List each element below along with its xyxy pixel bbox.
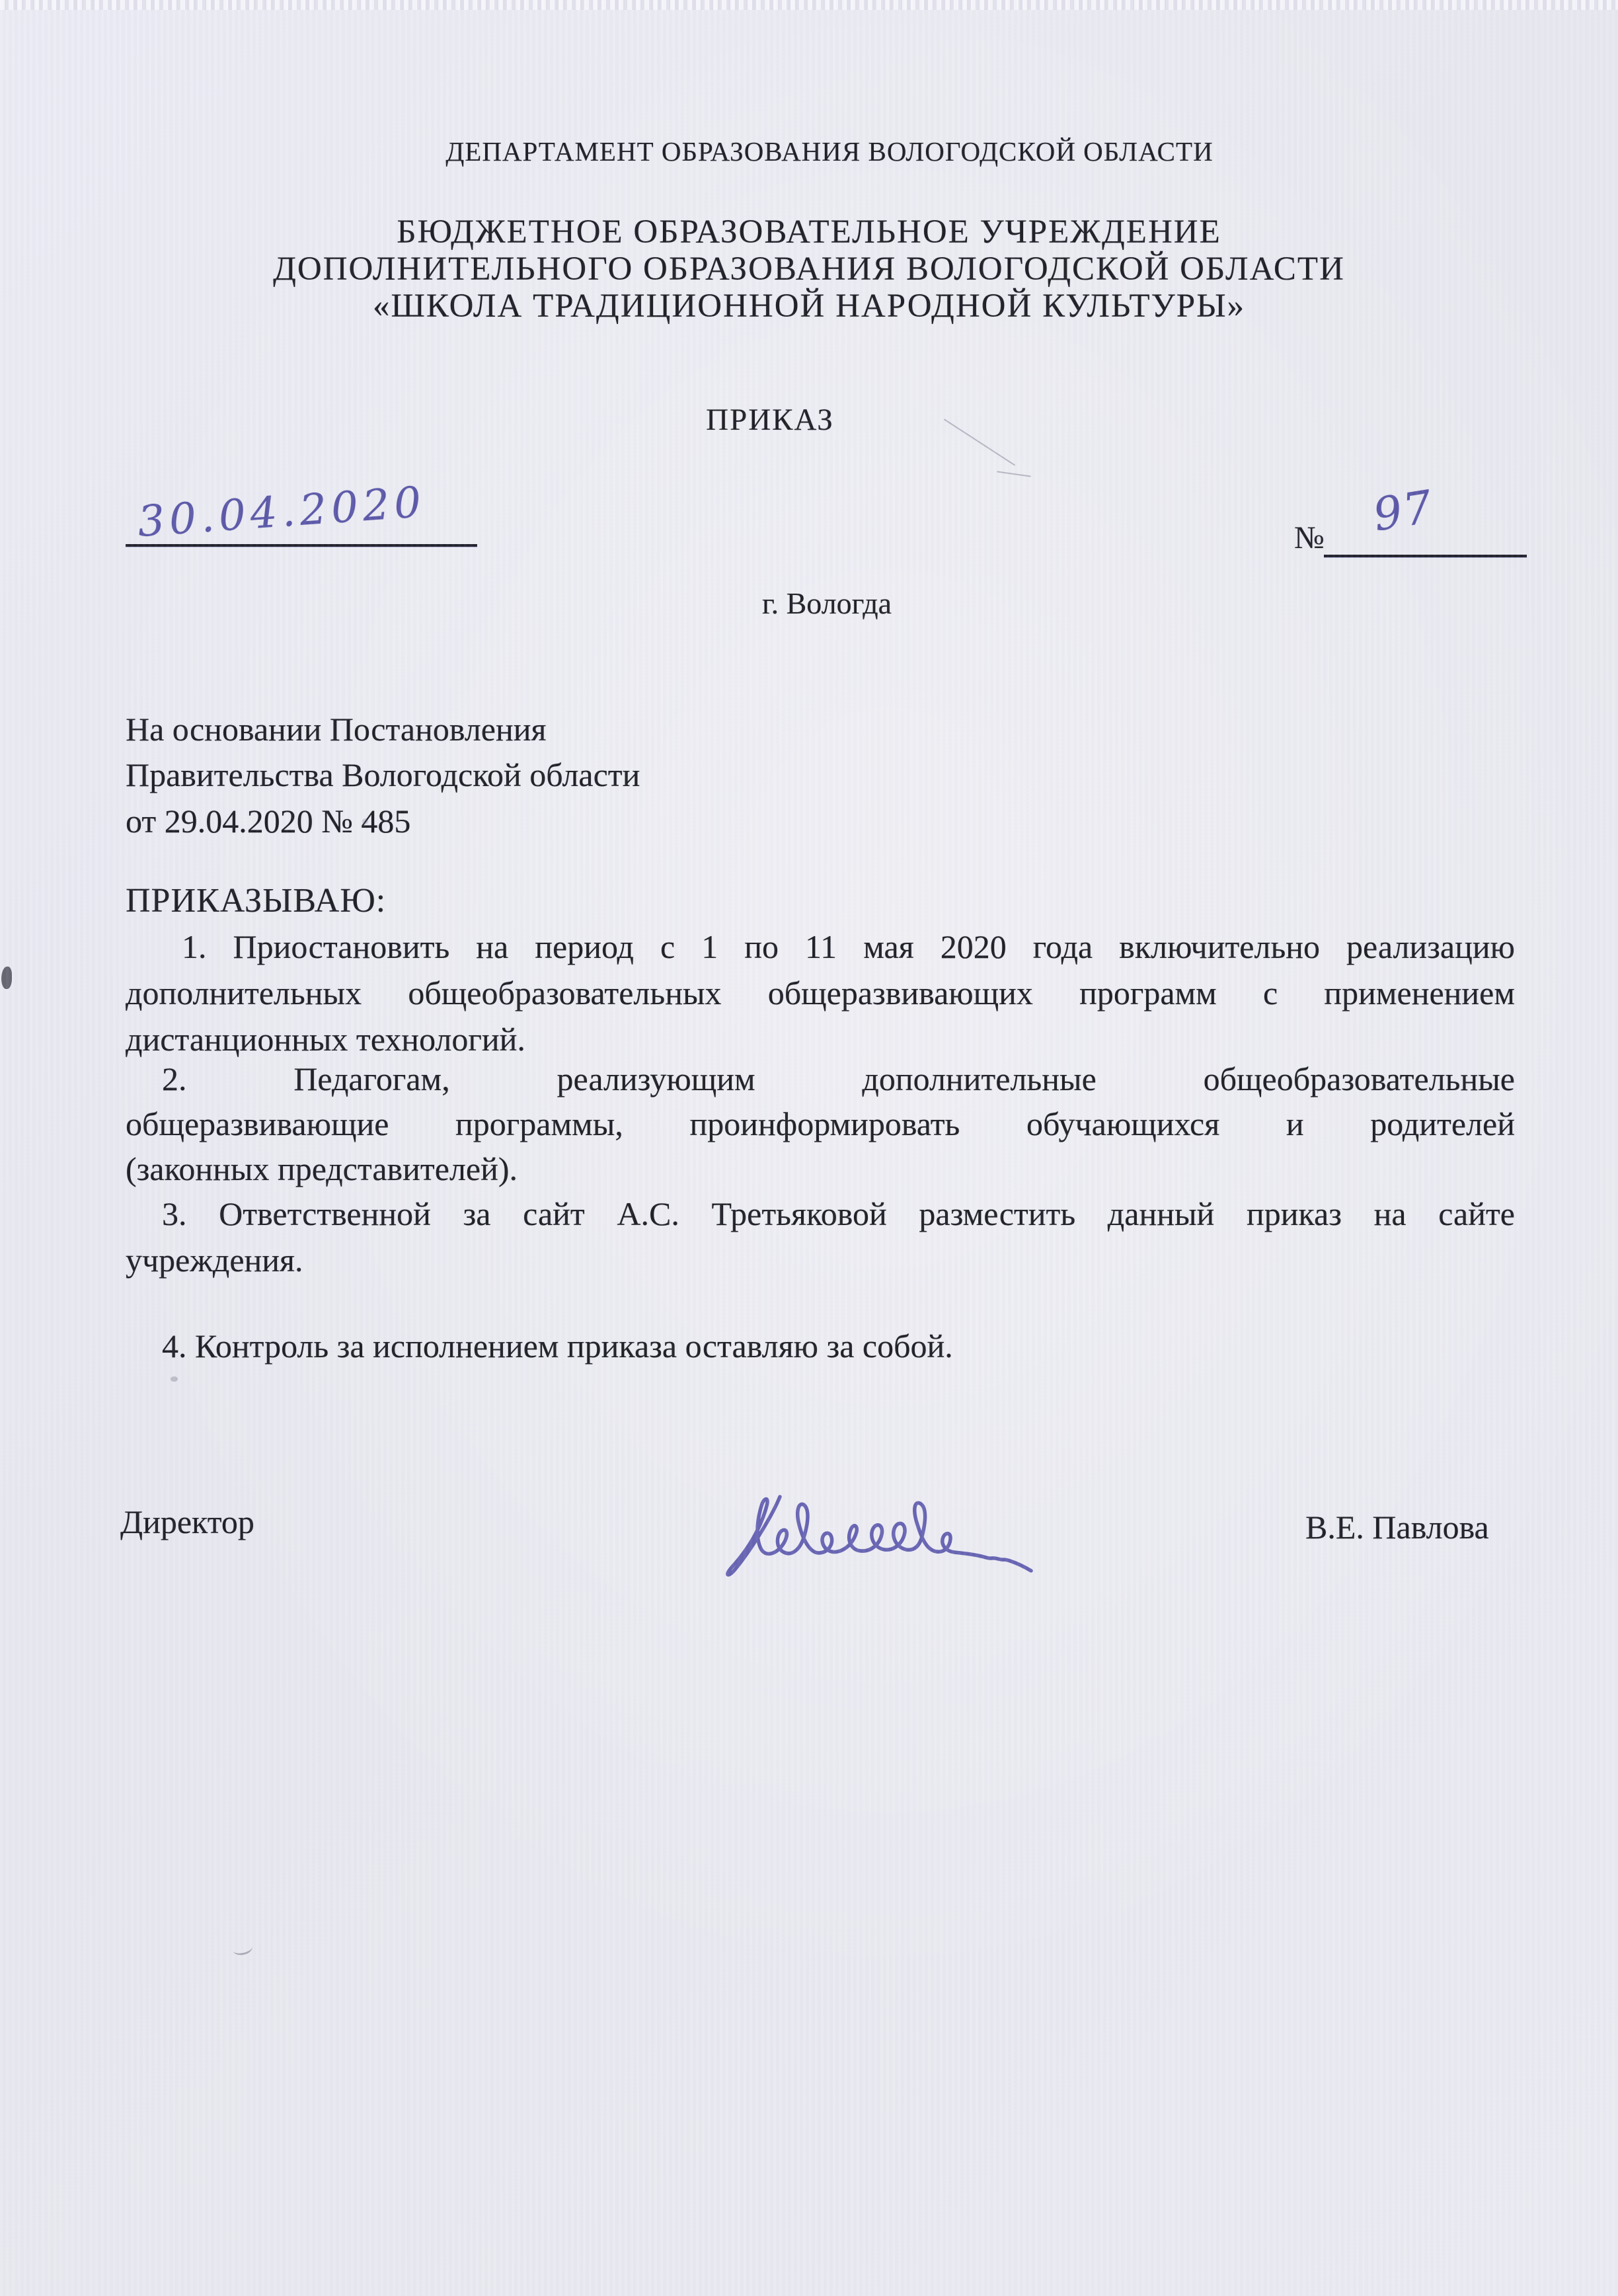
date-underline bbox=[126, 544, 477, 547]
department-name: ДЕПАРТАМЕНТ ОБРАЗОВАНИЯ ВОЛОГОДСКОЙ ОБЛА… bbox=[20, 136, 1618, 167]
scan-speck bbox=[1, 967, 12, 989]
order-item-line: 1. Приостановить на период с 1 по 11 мая… bbox=[126, 928, 1515, 965]
signer-name: В.Е. Павлова bbox=[1305, 1508, 1489, 1546]
order-item-line: 4. Контроль за исполнением приказа остав… bbox=[126, 1327, 1515, 1365]
handwritten-signature bbox=[681, 1489, 1051, 1608]
order-item-line: учреждения. bbox=[126, 1242, 1515, 1279]
order-item-line: 3. Ответственной за сайт А.С. Третьяково… bbox=[126, 1195, 1515, 1232]
scan-speck bbox=[171, 1376, 178, 1382]
order-word: ПРИКАЗЫВАЮ: bbox=[126, 883, 1515, 920]
order-item-line: дополнительных общеобразовательных общер… bbox=[126, 974, 1515, 1011]
handwritten-order-number: 97 bbox=[1369, 481, 1437, 541]
scanned-order-document: ДЕПАРТАМЕНТ ОБРАЗОВАНИЯ ВОЛОГОДСКОЙ ОБЛА… bbox=[0, 0, 1618, 2296]
document-type-title: ПРИКАЗ bbox=[0, 402, 1579, 438]
scan-speck bbox=[362, 818, 368, 824]
signer-position-title: Директор bbox=[120, 1503, 254, 1541]
order-item-line: дистанционных технологий. bbox=[126, 1021, 1515, 1058]
order-item-line: 2. Педагогам, реализующим дополнительные… bbox=[126, 1060, 1515, 1097]
scan-scratch bbox=[997, 471, 1031, 477]
organization-line-3: «ШКОЛА ТРАДИЦИОННОЙ НАРОДНОЙ КУЛЬТУРЫ» bbox=[373, 288, 1245, 325]
number-sign-label: № bbox=[1294, 520, 1325, 556]
scan-edge-artifact bbox=[0, 0, 1618, 10]
order-item-line: общеразвивающие программы, проинформиров… bbox=[126, 1105, 1515, 1142]
basis-line: На основании Постановления bbox=[126, 711, 1515, 748]
basis-line: от 29.04.2020 № 485 bbox=[126, 803, 1515, 840]
place-name: г. Вологда bbox=[18, 586, 1618, 621]
organization-name: БЮДЖЕТНОЕ ОБРАЗОВАТЕЛЬНОЕ УЧРЕЖДЕНИЕ ДОП… bbox=[0, 214, 1618, 325]
number-underline bbox=[1324, 555, 1527, 557]
basis-line: Правительства Вологодской области bbox=[126, 756, 1515, 793]
organization-line-1: БЮДЖЕТНОЕ ОБРАЗОВАТЕЛЬНОЕ УЧРЕЖДЕНИЕ bbox=[397, 214, 1221, 251]
handwritten-date: 30.04.2020 bbox=[136, 478, 428, 547]
order-item-line: (законных представителей). bbox=[126, 1150, 1515, 1187]
organization-line-2: ДОПОЛНИТЕЛЬНОГО ОБРАЗОВАНИЯ ВОЛОГОДСКОЙ … bbox=[273, 251, 1345, 288]
scan-mark bbox=[231, 1940, 253, 1957]
